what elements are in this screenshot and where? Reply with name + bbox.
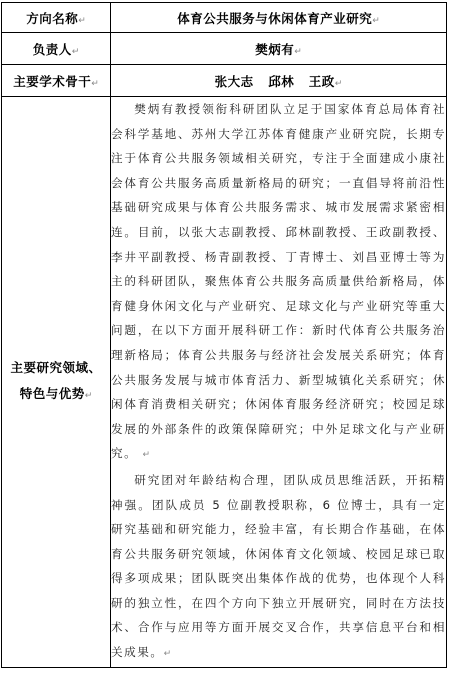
research-areas-label-line2: 特色与优势↵	[2, 381, 110, 409]
direction-name-value: 体育公共服务与休闲体育产业研究↵	[111, 3, 447, 33]
table-row-direction: 方向名称↵ 体育公共服务与休闲体育产业研究↵	[2, 3, 447, 33]
paragraph-mark-icon: ↵	[91, 79, 99, 89]
paragraph-mark-icon: ↵	[164, 649, 172, 659]
direction-name-label-text: 方向名称	[26, 11, 78, 26]
research-areas-label-line1: 主要研究领域、	[2, 355, 110, 381]
leader-label: 负责人↵	[2, 33, 111, 65]
paragraph-mark-icon: ↵	[72, 47, 80, 57]
research-paragraph-2: 研究团对年龄结构合理，团队成员思维活跃，开拓精神强。团队成员 5 位副教授职称，…	[111, 468, 446, 667]
direction-name-value-text: 体育公共服务与休闲体育产业研究	[177, 11, 372, 26]
research-direction-table: 方向名称↵ 体育公共服务与休闲体育产业研究↵ 负责人↵ 樊炳有↵ 主要学术骨干↵…	[1, 2, 447, 668]
leader-value-text: 樊炳有	[255, 42, 294, 57]
research-areas-label-line2-text: 特色与优势	[20, 386, 85, 401]
research-areas-content: 樊炳有教授领衔科研团队立足于国家体育总局体育社会科学基地、苏州大学江苏体育健康产…	[111, 97, 447, 668]
paragraph-mark-icon: ↵	[78, 16, 86, 26]
paragraph-mark-icon: ↵	[85, 391, 93, 401]
direction-name-label: 方向名称↵	[2, 3, 111, 33]
key-members-value-text: 张大志 邱林 王政	[215, 74, 335, 89]
table-row-leader: 负责人↵ 樊炳有↵	[2, 33, 447, 65]
key-members-label-text: 主要学术骨干	[13, 74, 91, 89]
research-paragraph-2-text: 研究团对年龄结构合理，团队成员思维活跃，开拓精神强。团队成员 5 位副教授职称，…	[111, 473, 446, 659]
research-paragraph-1-text: 樊炳有教授领衔科研团队立足于国家体育总局体育社会科学基地、苏州大学江苏体育健康产…	[111, 102, 446, 460]
key-members-label: 主要学术骨干↵	[2, 65, 111, 97]
leader-value: 樊炳有↵	[111, 33, 447, 65]
paragraph-mark-icon: ↵	[372, 16, 380, 26]
paragraph-mark-icon: ↵	[294, 47, 302, 57]
key-members-value: 张大志 邱林 王政↵	[111, 65, 447, 97]
research-areas-label: 主要研究领域、 特色与优势↵	[2, 97, 111, 668]
research-paragraph-1: 樊炳有教授领衔科研团队立足于国家体育总局体育社会科学基地、苏州大学江苏体育健康产…	[111, 97, 446, 468]
table-row-key-members: 主要学术骨干↵ 张大志 邱林 王政↵	[2, 65, 447, 97]
table-row-research-areas: 主要研究领域、 特色与优势↵ 樊炳有教授领衔科研团队立足于国家体育总局体育社会科…	[2, 97, 447, 668]
leader-label-text: 负责人	[33, 42, 72, 57]
paragraph-mark-icon: ↵	[143, 450, 151, 460]
paragraph-mark-icon: ↵	[335, 79, 343, 89]
